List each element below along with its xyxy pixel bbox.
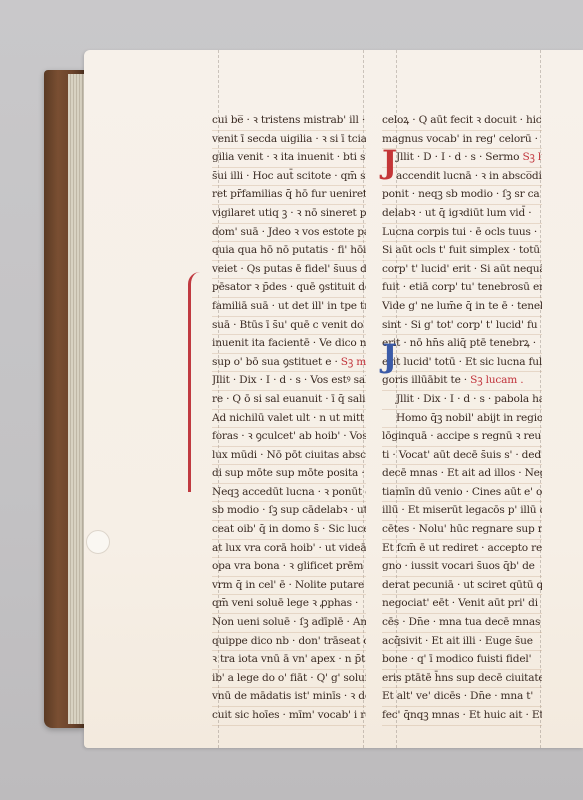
text-line: quippe dico nb · don' trāseat celū bbox=[212, 633, 366, 652]
text-line: bone · q' ī modico fuisti fidel' bbox=[382, 651, 542, 670]
text-line: accendit lucnā · ꝛ in absco̅dito bbox=[382, 168, 542, 187]
text-line: cēs · Dn̄e · mna tua decē mnas bbox=[382, 614, 542, 633]
text-line: cui be̅ · ꝛ tristens mistrab' ill · Et s… bbox=[212, 112, 366, 131]
text-line: qm̄ veni soluē lege ꝛ ꝓphas · bbox=[212, 595, 366, 614]
text-line: decē mnas · Et ait ad illos · Nego bbox=[382, 465, 542, 484]
text-line: s̄ui illi · Hoc aut̄ scitote · qm̄ si sc… bbox=[212, 168, 366, 187]
text-line: tiamīn dū venio · Cines aūt e' oderāt bbox=[382, 484, 542, 503]
text-line: ponit · neqꝫ sb modio · ſꝫ sr ca bbox=[382, 186, 542, 205]
initial-letter-blue: J bbox=[382, 340, 397, 372]
text-line: delabꝛ · ut q̄ igꝛdiūt lum vid̄ · bbox=[382, 205, 542, 224]
text-line: vrm q̄ in cel' ē · Nolite putare bbox=[212, 577, 366, 596]
text-line: quia qua hō nō putatis · fi' hōis bbox=[212, 242, 366, 261]
text-line: illū · Et miserūt legacōs p' illū di bbox=[382, 502, 542, 521]
text-column-right: celoꝝ · Q aūt fecit ꝛ docuit · hic magnu… bbox=[382, 112, 542, 726]
text-line: suā · Btūs ī s̄u' quē c venit do ē bbox=[212, 317, 366, 336]
text-line: ret pr̄familias q̄ hō fur ueniret bbox=[212, 186, 366, 205]
text-line: ib' a lege do o' fiāt · Q' g' soluit bbox=[212, 670, 366, 689]
text-line: derat pecuniā · ut sciret qūtū qs bbox=[382, 577, 542, 596]
text-line: goris illūābit te · Sꝫ lucam . bbox=[382, 372, 542, 391]
initial-letter-red: J bbox=[382, 146, 397, 178]
text-line: Et fcm̄ ē ut rediret · accepto re bbox=[382, 540, 542, 559]
text-line: Ad nichilū valet ult · n ut mitt bbox=[212, 410, 366, 429]
rubric: Sꝫ mathꝫ bbox=[341, 356, 366, 368]
text-column-left: cui be̅ · ꝛ tristens mistrab' ill · Et s… bbox=[212, 112, 366, 726]
text-line: sup o' bō sua ꝯstituet e · Sꝫ mathꝫ bbox=[212, 354, 366, 373]
text-line: Et alt' ve' dicēs · Dn̄e · mna t' bbox=[382, 688, 542, 707]
text-line: cuit sic hoīes · mīm' vocab' i reg bbox=[212, 707, 366, 726]
text-line: di sup mōte sup mōte posita · bbox=[212, 465, 366, 484]
text-line: lux mūdi · Nō pōt ciuitas absco bbox=[212, 447, 366, 466]
text-line: magnus vocab' in reg' celorū · bbox=[382, 131, 542, 150]
text-line: veiet · Qs putas ē fidel' s̄uus dil bbox=[212, 261, 366, 280]
text-line: Jlli̇t · Dix · I · d · s · pabola hanc · bbox=[382, 391, 542, 410]
text-line: fec' q̄nqꝫ mnas · Et huic ait · Et bbox=[382, 707, 542, 726]
text-line: vigilaret utiq ꝫ · ꝛ nō sineret pfodi bbox=[212, 205, 366, 224]
text-line: erit lucid' totū · Et sic lucna ful bbox=[382, 354, 542, 373]
text-line: gno · iussit vocari s̄uos q̄b' de bbox=[382, 558, 542, 577]
text-line: re · Q ō si sal euanuit · ī q̄ saliet bbox=[212, 391, 366, 410]
text-line: Homo q̄ꝫ nobil' abijt in regionē bbox=[382, 410, 542, 429]
text-line: celoꝝ · Q aūt fecit ꝛ docuit · hic bbox=[382, 112, 542, 131]
text-line: Neqꝫ accedūt lucna · ꝛ ponūt ea bbox=[212, 484, 366, 503]
text-line: cētes · Nolu' hūc regnare sup nos · bbox=[382, 521, 542, 540]
text-line: acq̄sivit · Et ait illi · Euge s̄ue bbox=[382, 633, 542, 652]
text-line: pēsator ꝛ p̄des · quē ꝯstituit do sup bbox=[212, 279, 366, 298]
manuscript-page: cui be̅ · ꝛ tristens mistrab' ill · Et s… bbox=[84, 50, 583, 748]
text-line: ceat oib' q̄ in domo s̄ · Sic luce bbox=[212, 521, 366, 540]
text-line: Non ueni soluē · ſꝫ adīplē · Am bbox=[212, 614, 366, 633]
text-line: sb modio · ſꝫ sup cādelabꝛ · ut lu bbox=[212, 502, 366, 521]
text-line: negociat' eēt · Venit aūt pri' di bbox=[382, 595, 542, 614]
text-line: ꝛ tra iota vnū ā vn' apex · n p̄t bbox=[212, 651, 366, 670]
text-line: Si aūt ocls t' fuit simplex · totū bbox=[382, 242, 542, 261]
rubric: Sꝫ lucam . bbox=[470, 374, 523, 386]
text-line: venit ī secda uigilia · ꝛ si ī tcia ui bbox=[212, 131, 366, 150]
text-line: fuit · etiā corp' tu' tenebrosū erit · bbox=[382, 279, 542, 298]
text-line: lōginquā · accipe s regnū ꝛ reu bbox=[382, 428, 542, 447]
text-line: opa vra bona · ꝛ glificet prēm bbox=[212, 558, 366, 577]
text-line: Jlli̇t · D · I · d · s · Sermo Sꝫ luc̄ bbox=[382, 149, 542, 168]
text-line: at lux vra corā hoib' · ut videāt bbox=[212, 540, 366, 559]
sewing-hole bbox=[86, 530, 110, 554]
text-line: eris ptātē h̄ns sup decē ciuitates · bbox=[382, 670, 542, 689]
text-line: Vide g' ne lum̄e q̄ in te ē · teneb bbox=[382, 298, 542, 317]
text-line: foras · ꝛ ꝯculcet' ab hoib' · Vos est bbox=[212, 428, 366, 447]
text-line: ti · Vocat' aūt decē s̄uis s' · ded' ill… bbox=[382, 447, 542, 466]
text-line: Jlli̇t · Dix · I · d · s · Vos estꝰ sal … bbox=[212, 372, 366, 391]
text-line: inuenit ita facientē · Ve dico nb · qꝛ bbox=[212, 335, 366, 354]
text-line: erit · nō hn̄s aliq̄ ptē tenebrꝝ · bbox=[382, 335, 542, 354]
text-line: familiā suā · ut det ill' in tpe tritam bbox=[212, 298, 366, 317]
text-line: corp' t' lucid' erit · Si aūt nequā bbox=[382, 261, 542, 280]
text-line: vnū de mādatis ist' minīs · ꝛ do bbox=[212, 688, 366, 707]
text-line: sint · Si g' tot' corp' t' lucid' fu bbox=[382, 317, 542, 336]
page-edges bbox=[68, 74, 84, 724]
decorative-flourish bbox=[188, 272, 205, 492]
text-line: gilia venit · ꝛ ita inuenit · bti sᵗ bbox=[212, 149, 366, 168]
text-line: Lucna corpis tui · ē ocls tuus · bbox=[382, 224, 542, 243]
rubric: Sꝫ luc̄ bbox=[522, 151, 542, 163]
text-line: dom' suā · Jdeo ꝛ vos estote pati bbox=[212, 224, 366, 243]
